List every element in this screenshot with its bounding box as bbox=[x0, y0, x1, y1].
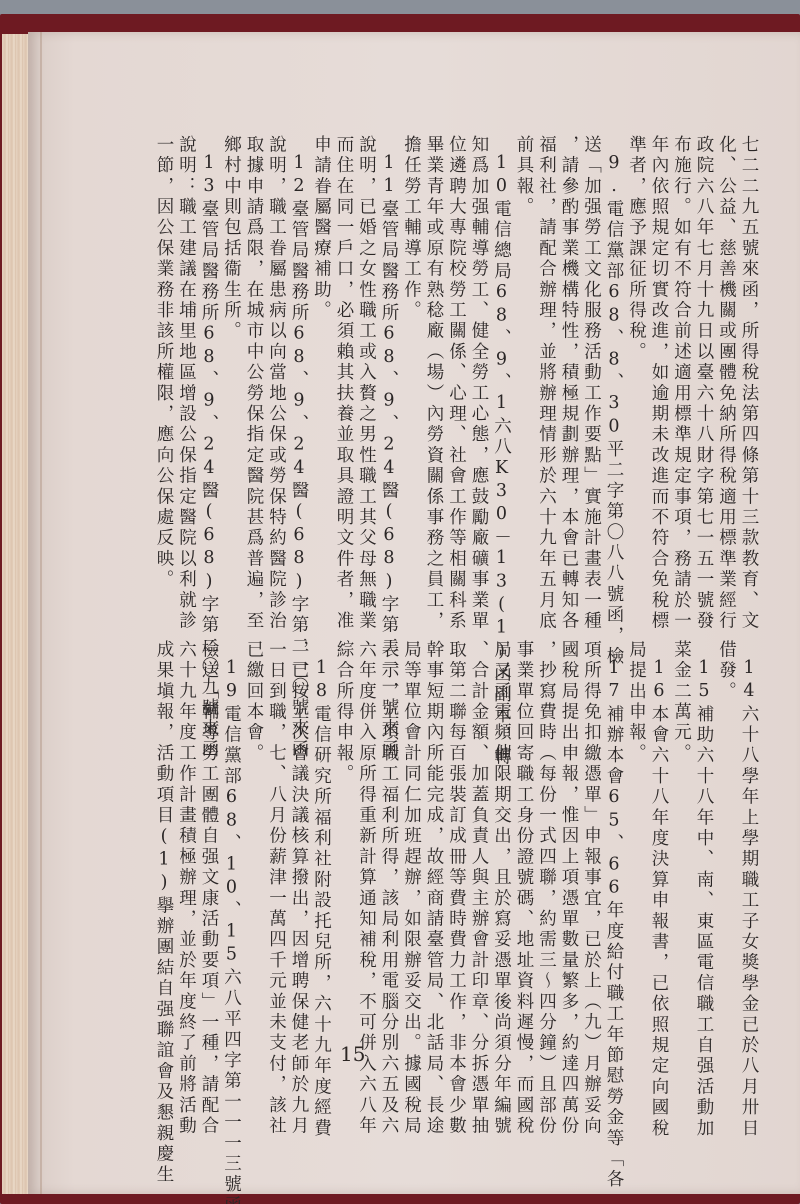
bottom-text-block: 14六十八學年上學期職工子女獎學金已於八月卅日借發。15補助六十八年中、南、東區… bbox=[153, 640, 761, 1090]
text-column: 事業單位回寄職工身份證號碼、地址資料遲慢，而國稅 bbox=[513, 640, 536, 1090]
text-column: 綜合所得申報。 bbox=[333, 640, 356, 1090]
text-column: 菜金二萬元。 bbox=[670, 640, 693, 1090]
text-column: 幹事短期內所能完成，故經商請臺管局、北話局、長途 bbox=[423, 640, 446, 1090]
text-column: 畢業青年或原有熟稔廠（場）內勞資關係事務之員工， bbox=[423, 135, 446, 575]
text-column: ，請參酌事業機構特性，積極規劃辦理，本會已轉知各 bbox=[558, 135, 581, 575]
text-column: 17補辦本會65、66年度給付職工年節慰勞金等「各 bbox=[603, 640, 626, 1090]
text-column: 19電信黨部68、10、15六八平四字第一一一三號函 bbox=[220, 640, 243, 1090]
text-column: 15補助六十八年中、南、東區電信職工自强活動加 bbox=[693, 640, 716, 1090]
top-text-block: 七二二九五號來函，所得稅法第四條第十三款教育、文化、公益、慈善機關或團體免納所得… bbox=[153, 135, 761, 575]
text-column: 六年度併入原所得重新計算通知補稅，不可併入六八年 bbox=[355, 640, 378, 1090]
text-column: 政院六八年七月十九日以臺六十八財字第七一五一號發 bbox=[693, 135, 716, 575]
text-column: 說明，職工眷屬患病以向當地公保或勞保特約醫院診治 bbox=[265, 135, 288, 575]
text-column: 借發。 bbox=[715, 640, 738, 1090]
text-column: 布施行。如有不符合前述適用標準規定事項，務請於一 bbox=[670, 135, 693, 575]
text-column: 項所得免扣繳憑單」申報事宜，已於上（九）月辦妥向 bbox=[580, 640, 603, 1090]
text-column: 鄉村中則包括衞生所。 bbox=[220, 135, 243, 575]
text-column: 局又函電頻催限期交出，且於寫妥憑單後尚須分年編號 bbox=[490, 640, 513, 1090]
text-column: 擔任勞工輔導工作。 bbox=[400, 135, 423, 575]
text-column: 申請眷屬醫療補助。 bbox=[310, 135, 333, 575]
text-column: 說明，已婚之女性職工或入贅之男性職工其父母無職業 bbox=[355, 135, 378, 575]
text-column: 一日到職，七、八月份薪津一萬四千元並未支付，該社 bbox=[265, 640, 288, 1090]
gutter-shadow bbox=[40, 32, 42, 1194]
text-column: 13臺管局醫務所68、9、24醫(68)字第二〇九號來函 bbox=[198, 135, 221, 575]
text-column: 取第二聯每百張裝訂成冊等費時費力工作，非本會少數 bbox=[445, 640, 468, 1090]
text-column: 已繳回本會。 bbox=[243, 640, 266, 1090]
text-column: 12臺管局醫務所68、9、24醫(68)字第二一〇號來函 bbox=[288, 135, 311, 575]
text-column: 位遴聘大專院校勞工關係、心理、社會工作等相關科系 bbox=[445, 135, 468, 575]
text-column: 表示，上項職工福利所得，該局利用電腦分別六五及六 bbox=[378, 640, 401, 1090]
text-column: 化、公益、慈善機關或團體免納所得稅適用標準業經行 bbox=[715, 135, 738, 575]
text-column: 、合計金額、加蓋負責人與主辦會計印章、分拆憑單抽 bbox=[468, 640, 491, 1090]
page-number: 15 bbox=[340, 1042, 365, 1066]
text-column: 16本會六十八年度決算申報書，已依照規定向國稅 bbox=[648, 640, 671, 1090]
text-column: 9.電信黨部68、8、30平二字第〇八八號函，檢 bbox=[603, 135, 626, 575]
text-column: 取據申請爲限，在城市中公勞保指定醫院甚爲普遍，至 bbox=[243, 135, 266, 575]
text-column: 而住在同一戶口，必須賴其扶養並取具證明文件者，准 bbox=[333, 135, 356, 575]
text-column: 知爲加强輔導勞工、健全勞工心態，應鼓勵廠礦事業單 bbox=[468, 135, 491, 575]
text-column: 六十九年度工作計畫積極辦理，並於年度終了前將活動 bbox=[175, 640, 198, 1090]
text-column: 18電信研究所福利社附設托兒所，六十九年度經費 bbox=[310, 640, 333, 1090]
text-column: 說明：職工建議在埔里地區增設公保指定醫院以利就診 bbox=[175, 135, 198, 575]
text-column: 10電信總局68、9、1六八K30－13(1)函副本，轉 bbox=[490, 135, 513, 575]
text-column: 局提出申報。 bbox=[625, 640, 648, 1090]
text-column: 11臺管局醫務所68、9、24醫(68)字第二一一號來函 bbox=[378, 135, 401, 575]
text-column: 準者，應予課征所得稅。 bbox=[625, 135, 648, 575]
text-column: 一節，因公保業務非該所權限，應向公保處反映。 bbox=[153, 135, 176, 575]
text-column: 七二二九五號來函，所得稅法第四條第十三款教育、文 bbox=[738, 135, 761, 575]
text-column: ，已按上次會議決議核算撥出，因增聘保健老師於九月 bbox=[288, 640, 311, 1090]
text-column: 國稅局提出申報，惟因上項憑單數量繁多，約達四萬份 bbox=[558, 640, 581, 1090]
text-column: 送「加强勞工文化服務活動工作要點」實施計畫表一種 bbox=[580, 135, 603, 575]
text-column: 福利社，請配合辦理，並將辦理情形於六十九年五月底 bbox=[535, 135, 558, 575]
text-column: 年內依照規定切實改進，如逾期未改進而不符合免稅標 bbox=[648, 135, 671, 575]
text-column: 檢送「輔導勞工團體自强文康活動要項」一種，請配合 bbox=[198, 640, 221, 1090]
text-column: ，抄寫費時（每份一式四聯，約需三～四分鐘）且部份 bbox=[535, 640, 558, 1090]
text-column: 14六十八學年上學期職工子女獎學金已於八月卅日 bbox=[738, 640, 761, 1090]
text-column: 前具報。 bbox=[513, 135, 536, 575]
text-column: 成果塡報，活動項目(1)擧辦團結自强聯誼會及懇親慶生 bbox=[153, 640, 176, 1090]
text-column: 局等單位會計同仁加班趕辦，如限辦妥交出。據國稅局 bbox=[400, 640, 423, 1090]
